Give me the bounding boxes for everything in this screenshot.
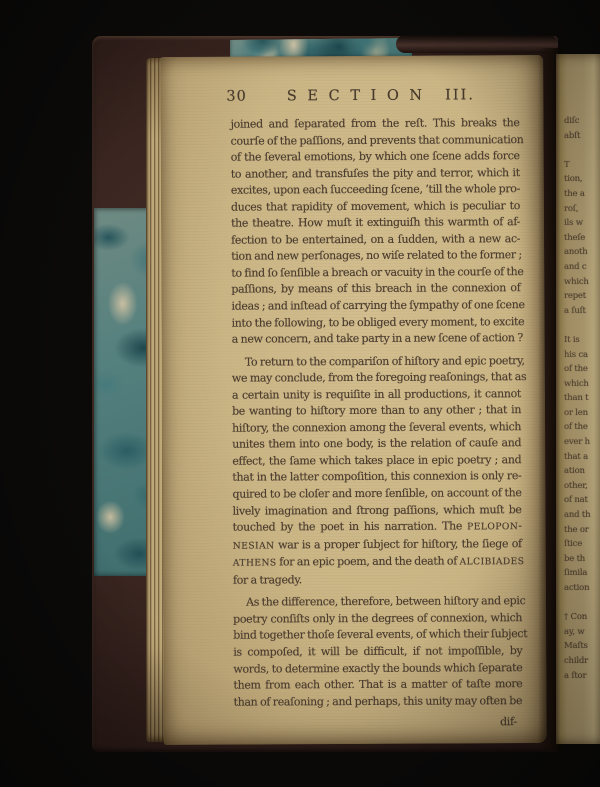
page-text-line: joined and ſeparated from the reſt. This… xyxy=(231,115,520,133)
fragment-line: be th xyxy=(564,552,600,567)
page-text-line: To return to the compariſon of hiſtory a… xyxy=(232,353,521,371)
section-numeral: III. xyxy=(445,87,475,103)
page-text-line: tion and new perſonages, no wiſe related… xyxy=(231,248,520,266)
book-page: 30 S E C T I O N III. joined and ſeparat… xyxy=(160,55,547,745)
fragment-line: abſt xyxy=(564,129,600,144)
page-text-line: hiſtory, the connexion among the ſeveral… xyxy=(232,419,521,437)
page-text-line: that in the latter compoſition, this con… xyxy=(232,469,521,487)
fragment-line: the or xyxy=(564,523,600,538)
fragment-line: than t xyxy=(564,391,600,406)
fragment-line: ils w xyxy=(564,216,600,231)
page-text-line: of the ſeveral emotions, by which one ſc… xyxy=(231,148,520,166)
page-text-line: unites them into one body, is the relati… xyxy=(232,436,521,454)
page-text-line: touched by the poet in his narration. Th… xyxy=(233,518,522,537)
fragment-line: his ca xyxy=(564,348,600,363)
page-text-line: is compoſed, it will be difficult, if no… xyxy=(233,643,522,661)
fragment-line: ay, w xyxy=(564,625,600,640)
fragment-line: a ſuſt xyxy=(564,304,600,319)
page-text-line: As the difference, therefore, between hi… xyxy=(233,593,522,611)
fragment-line: and c xyxy=(564,260,600,275)
page-text-line: NESIAN war is a proper ſubject for hiſto… xyxy=(233,536,522,555)
fragment-line: diſc xyxy=(564,114,600,129)
fragment-line: a ſtor xyxy=(564,669,600,684)
paragraphs: joined and ſeparated from the reſt. This… xyxy=(231,115,523,711)
page-text-line: to find ſo ſenſible a breach or vacuity … xyxy=(231,264,520,282)
running-header: 30 S E C T I O N III. xyxy=(226,87,518,105)
page-text-line: than of reaſoning ; and perhaps, this un… xyxy=(234,693,523,711)
fragment-line: action xyxy=(564,581,600,596)
fragment-line: other, xyxy=(564,479,600,494)
page-text-line: poetry conſiſts only in the degrees of c… xyxy=(233,610,522,628)
page-text-line: courſe of the paſſions, and prevents tha… xyxy=(231,132,520,150)
fragment-line: Maſts xyxy=(564,639,600,654)
fragment-line: that a xyxy=(564,450,600,465)
page-text-line: ATHENS for an epic poem, and the death o… xyxy=(233,553,522,572)
facing-page-sliver: diſcabſt Ttion,the aroſ,ils wtheſeanotha… xyxy=(556,54,600,744)
fragment-line xyxy=(564,143,600,158)
fragment-line: ſimila xyxy=(564,566,600,581)
fragment-line: which xyxy=(564,275,600,290)
page-text-line: into the following, to be obliged every … xyxy=(232,314,521,332)
fragment-line: ſtice xyxy=(564,537,600,552)
page-text-line: we may conclude, from the foregoing reaſ… xyxy=(232,369,521,387)
fragment-line: the a xyxy=(564,187,600,202)
page-text-line: ideas ; and inſtead of carrying the ſymp… xyxy=(231,297,520,315)
section-title: S E C T I O N xyxy=(287,88,425,105)
page-text-line: them from each other. That is a matter o… xyxy=(233,676,522,694)
facing-page-text-fragments: diſcabſt Ttion,the aroſ,ils wtheſeanotha… xyxy=(564,114,600,683)
fragment-line xyxy=(564,318,600,333)
page-text-line: lively imagination and ſtrong paſſions, … xyxy=(233,502,522,520)
fragment-line: T xyxy=(564,158,600,173)
page-text-line: effect, the ſame which takes place in ep… xyxy=(232,452,521,470)
fragment-line: † Con xyxy=(564,610,600,625)
fragment-line: childr xyxy=(564,654,600,669)
page-text-line: fection to be entertained, on a ſudden, … xyxy=(231,231,520,249)
page-text-line: duces that rapidity of movement, which i… xyxy=(231,198,520,216)
paragraph: joined and ſeparated from the reſt. This… xyxy=(231,115,521,348)
page-number: 30 xyxy=(226,89,247,105)
fragment-line: It is xyxy=(564,333,600,348)
page-text-line: words, to determine exactly the bounds w… xyxy=(233,660,522,678)
paragraph: As the difference, therefore, between hi… xyxy=(233,593,523,710)
fragment-line: or len xyxy=(564,406,600,421)
page-text-line: a certain unity is requiſite in all prod… xyxy=(232,386,521,404)
fragment-line: of nat xyxy=(564,493,600,508)
leather-spine-roll xyxy=(396,35,558,53)
page-text-line: quired to be cloſer and more ſenſible, o… xyxy=(232,485,521,503)
page-text-line: bind together thoſe ſeveral events, of w… xyxy=(233,627,522,645)
page-text-line: to another, and transfuſes the pity and … xyxy=(231,165,520,183)
page-text-line: be wanting to hiſtory more than to any o… xyxy=(232,402,521,420)
fragment-line: ation xyxy=(564,464,600,479)
catchword: dif- xyxy=(234,714,523,732)
book-photograph: 30 S E C T I O N III. joined and ſeparat… xyxy=(0,0,600,787)
page-text-line: excites, upon each ſucceeding ſcene, ’ti… xyxy=(231,181,520,199)
fragment-line: which xyxy=(564,377,600,392)
fragment-line: of the xyxy=(564,362,600,377)
fragment-line: anoth xyxy=(564,245,600,260)
page-text-line: a new concern, and take party in a new ſ… xyxy=(232,330,521,348)
page-text-line: the theatre. How muſt it extinguiſh this… xyxy=(231,214,520,232)
fragment-line xyxy=(564,596,600,611)
page-text-line: paſſions, by means of this breach in the… xyxy=(231,281,520,299)
fragment-line: ever h xyxy=(564,435,600,450)
fragment-line: of the xyxy=(564,420,600,435)
text-block: joined and ſeparated from the reſt. This… xyxy=(231,115,523,732)
fragment-line: roſ, xyxy=(564,202,600,217)
fragment-line: repet xyxy=(564,289,600,304)
page-text-line: for a tragedy. xyxy=(233,571,522,589)
fragment-line: tion, xyxy=(564,172,600,187)
fragment-line: and th xyxy=(564,508,600,523)
fragment-line: theſe xyxy=(564,231,600,246)
paragraph: To return to the compariſon of hiſtory a… xyxy=(232,353,522,589)
